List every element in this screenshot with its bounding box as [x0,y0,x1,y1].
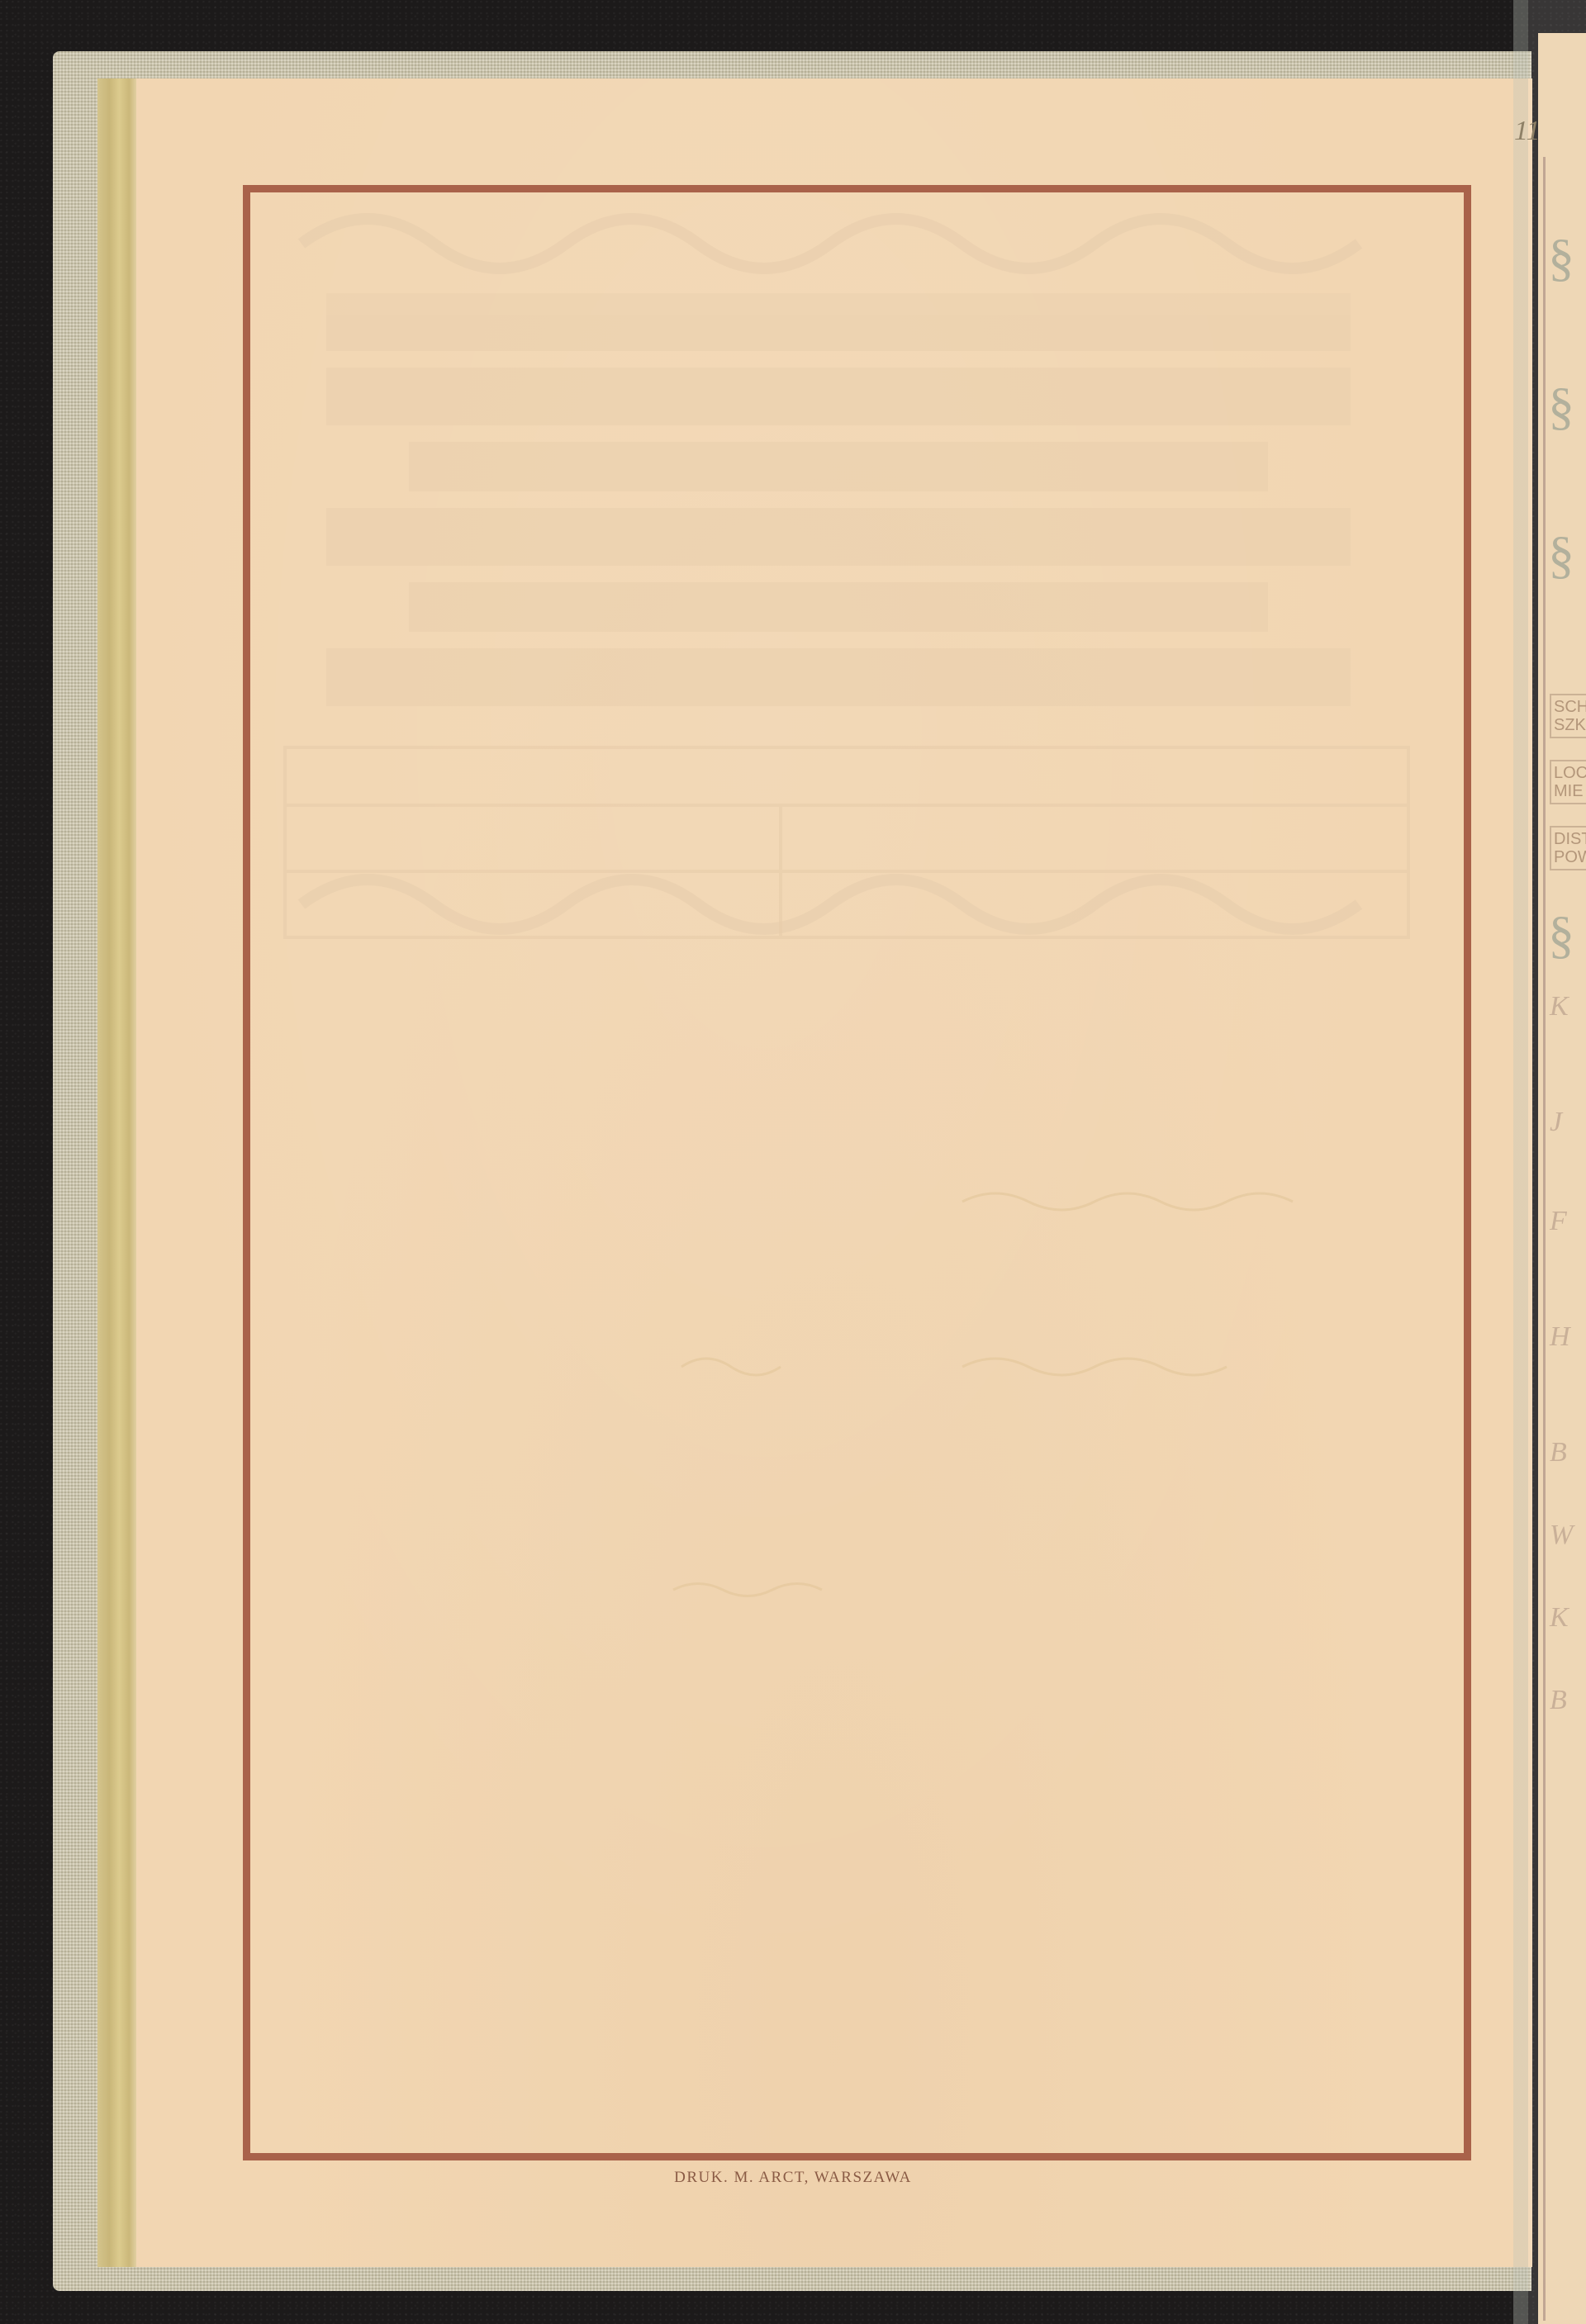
script-fragment: J [1550,1107,1562,1138]
script-fragment: K [1550,991,1569,1022]
adjacent-box-label: DIST POW [1550,826,1586,870]
script-fragment: H [1550,1321,1570,1353]
script-fragment: F [1550,1206,1567,1237]
page-edges [97,78,137,2267]
ornament-icon: § [1548,380,1574,433]
script-fragment: W [1550,1520,1573,1551]
script-fragment: B [1550,1437,1567,1468]
page-border-frame [243,185,1471,2160]
adjacent-page-edge: § § § SCH SZK LOC MIE DIST POW § K J F H… [1538,33,1586,2324]
pencil-corner-mark: 11 [1514,116,1540,147]
script-fragment: K [1550,1602,1569,1634]
ornament-icon: § [1548,908,1574,961]
script-fragment: B [1550,1685,1567,1716]
adjacent-box-label: SCH SZK [1550,694,1586,738]
ornament-icon: § [1548,231,1574,284]
adjacent-box-label: LOC MIE [1550,760,1586,804]
printer-imprint: DRUK. M. ARCT, WARSZAWA [0,2169,1586,2187]
adjacent-border-line [1543,157,1546,2321]
ornament-icon: § [1548,529,1574,581]
